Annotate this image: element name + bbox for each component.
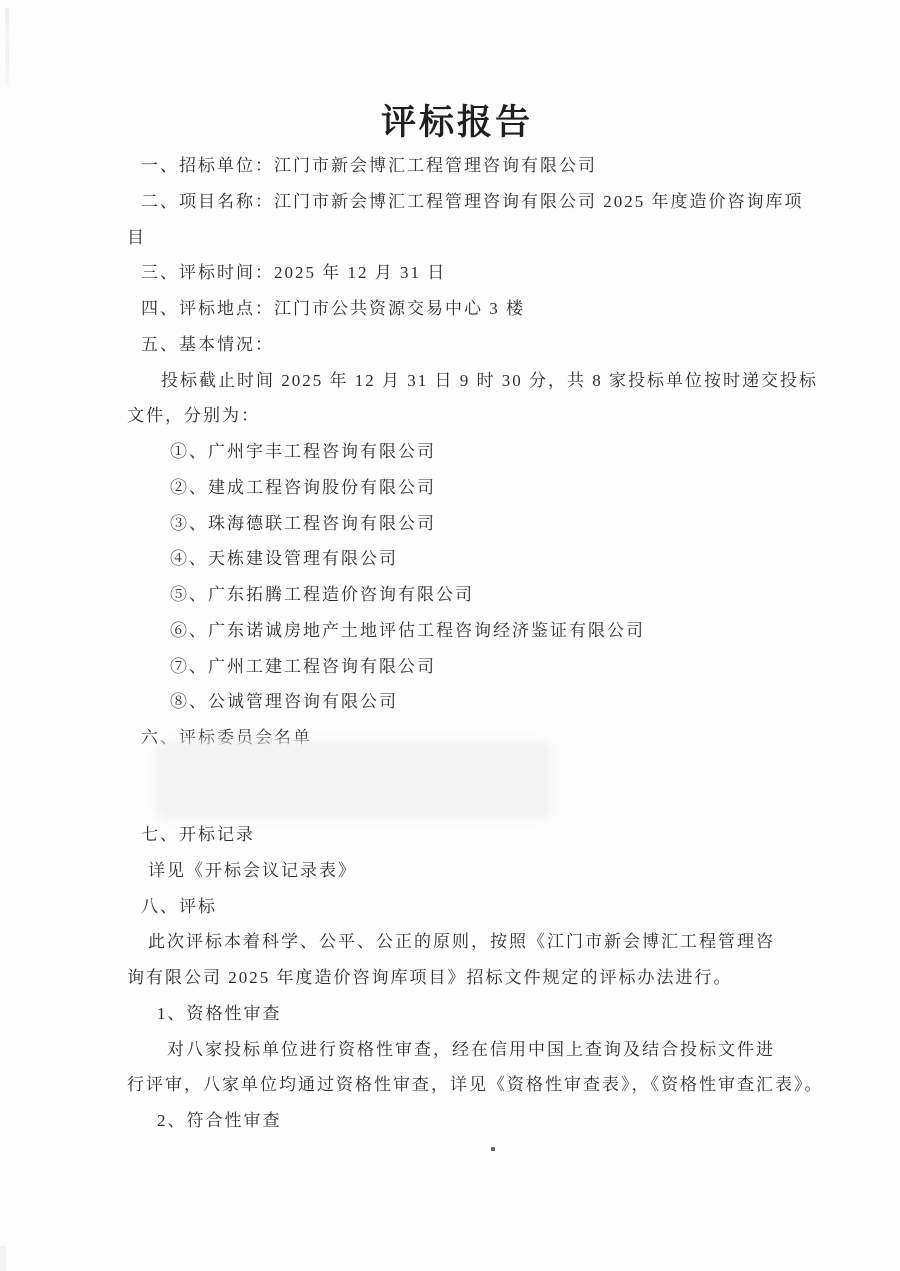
document-line: 五、基本情况：: [141, 334, 274, 356]
document-line: 一、招标单位：江门市新会博汇工程管理咨询有限公司: [141, 155, 597, 177]
document-line: 投标截止时间 2025 年 12 月 31 日 9 时 30 分，共 8 家投标…: [161, 370, 818, 392]
document-line: 七、开标记录: [141, 824, 255, 846]
page-title: 评标报告: [0, 95, 900, 145]
document-line: ①、广州宇丰工程咨询有限公司: [170, 441, 436, 463]
document-line: ⑤、广东拓腾工程造价咨询有限公司: [170, 584, 474, 606]
document-line: 此次评标本着科学、公平、公正的原则，按照《江门市新会博汇工程管理咨: [148, 931, 775, 953]
document-line: 对八家投标单位进行资格性审查，经在信用中国上查询及结合投标文件进: [167, 1039, 775, 1061]
document-line: 二、项目名称：江门市新会博汇工程管理咨询有限公司 2025 年度造价咨询库项: [141, 191, 804, 213]
document-line: 2、符合性审查: [157, 1110, 282, 1132]
document-line: ④、天栋建设管理有限公司: [170, 548, 398, 570]
document-line: 询有限公司 2025 年度造价咨询库项目》招标文件规定的评标办法进行。: [127, 967, 733, 989]
scan-edge-artifact-top: [5, 8, 9, 86]
document-line: 八、评标: [141, 896, 217, 918]
document-line: 目: [127, 227, 146, 249]
redacted-committee-names: [163, 747, 543, 813]
document-line: ⑦、广州工建工程咨询有限公司: [170, 656, 436, 678]
document-page: 评标报告 一、招标单位：江门市新会博汇工程管理咨询有限公司二、项目名称：江门市新…: [0, 0, 900, 1271]
document-line: 行评审，八家单位均通过资格性审查，详见《资格性审查表》，《资格性审查汇表》。: [127, 1074, 824, 1096]
document-line: 1、资格性审查: [157, 1003, 282, 1025]
document-line: 三、评标时间：2025 年 12 月 31 日: [141, 262, 446, 284]
document-line: ⑧、公诚管理咨询有限公司: [170, 691, 398, 713]
document-line: ②、建成工程咨询股份有限公司: [170, 477, 436, 499]
document-line: 文件，分别为：: [127, 405, 260, 427]
document-line: ③、珠海德联工程咨询有限公司: [170, 513, 436, 535]
document-line: 详见《开标会议记录表》: [148, 860, 357, 882]
document-line: 四、评标地点：江门市公共资源交易中心 3 楼: [141, 298, 525, 320]
ink-dot-artifact: [491, 1147, 495, 1151]
document-line: 六、评标委员会名单: [141, 727, 312, 749]
document-line: ⑥、广东诺诚房地产土地评估工程咨询经济鉴证有限公司: [170, 620, 645, 642]
scan-edge-artifact-bottom: [0, 1246, 6, 1271]
